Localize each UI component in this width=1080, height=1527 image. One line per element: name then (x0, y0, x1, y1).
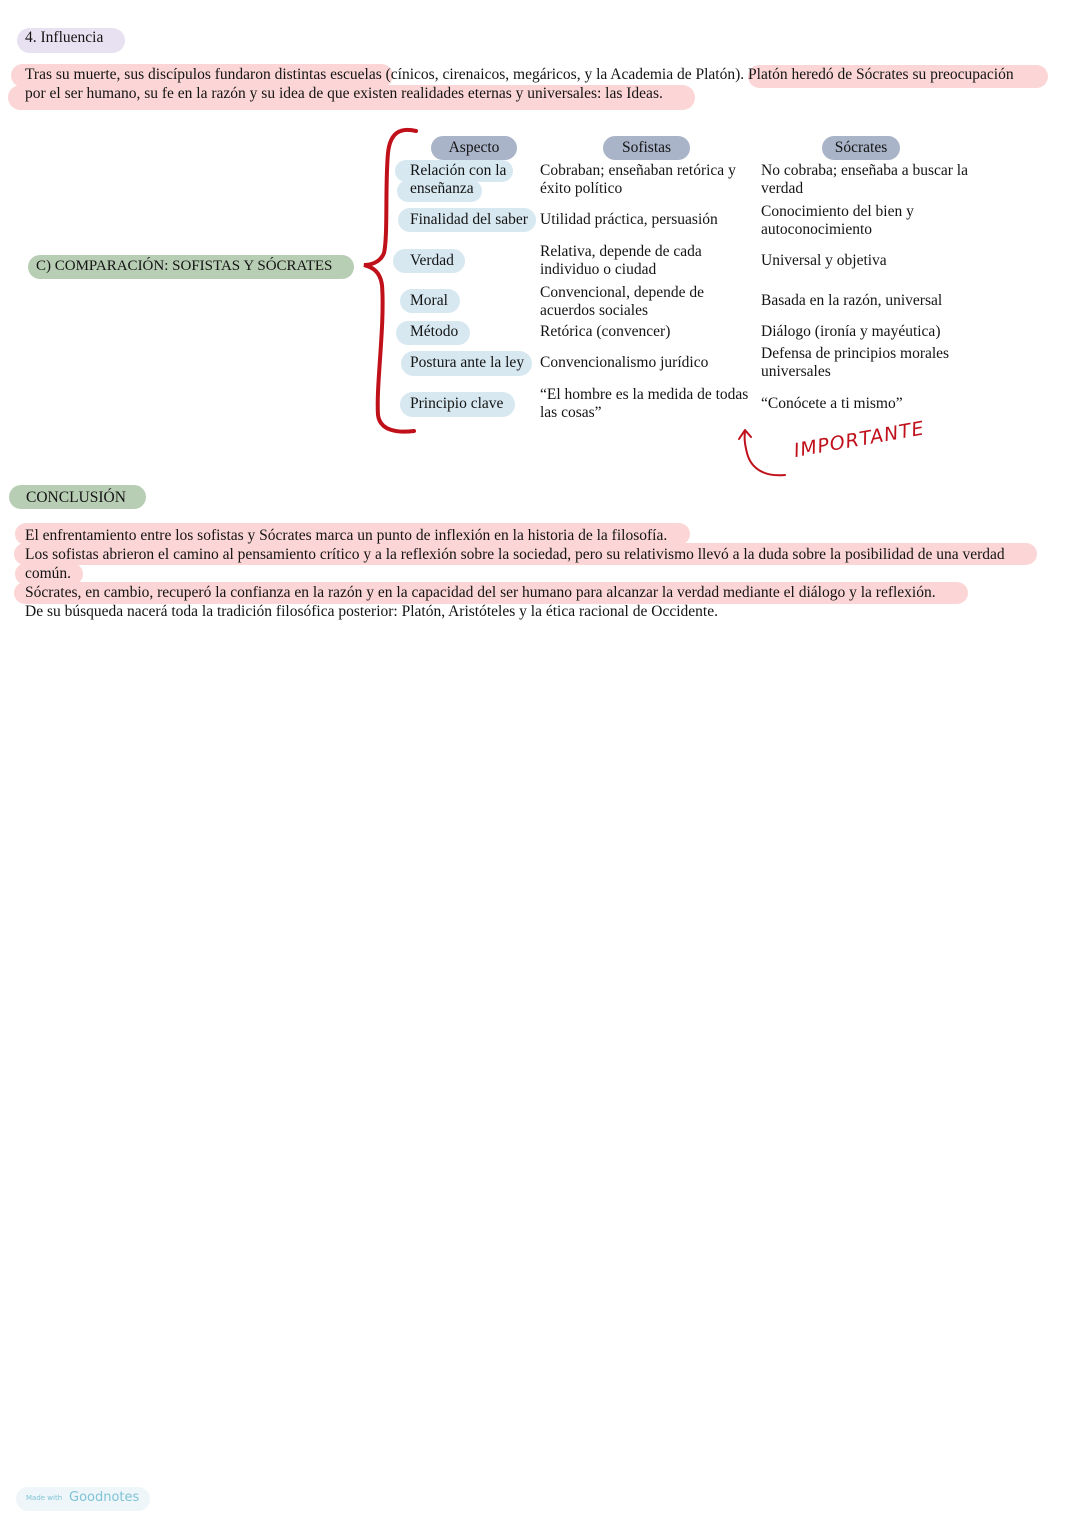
table-row-aspect: Principio clave (410, 395, 503, 413)
paragraph-line: Los sofistas abrieron el camino al pensa… (25, 545, 1005, 564)
table-row-sofistas: Convencional, depende de acuerdos social… (540, 284, 740, 320)
paragraph-line: El enfrentamiento entre los sofistas y S… (25, 526, 667, 545)
paragraph-line: De su búsqueda nacerá toda la tradición … (25, 602, 718, 621)
table-row-socrates: Diálogo (ironía y mayéutica) (761, 323, 976, 341)
header-sofistas: Sofistas (603, 138, 690, 158)
paragraph-line: por el ser humano, su fe en la razón y s… (25, 84, 663, 103)
goodnotes-badge: Made with Goodnotes (16, 1487, 150, 1511)
header-aspecto: Aspecto (431, 138, 517, 158)
table-row-aspect: Finalidad del saber (410, 211, 528, 229)
table-row-sofistas: Cobraban; enseñaban retórica y éxito pol… (540, 162, 755, 198)
table-row-aspect: Método (410, 323, 458, 341)
arrow-annotation-icon (735, 425, 795, 481)
table-row-sofistas: “El hombre es la medida de todas las cos… (540, 386, 760, 422)
paragraph-line: común. (25, 564, 71, 583)
table-row-aspect: Relación con la enseñanza (410, 162, 520, 198)
comparison-title: C) COMPARACIÓN: SOFISTAS Y SÓCRATES (36, 257, 332, 276)
table-row-socrates: Conocimiento del bien y autoconocimiento (761, 203, 951, 239)
table-row-socrates: Basada en la razón, universal (761, 292, 976, 310)
made-with-label: Made with (26, 1494, 62, 1502)
brand-label: Goodnotes (69, 1490, 139, 1505)
table-row-socrates: Universal y objetiva (761, 252, 976, 270)
header-socrates: Sócrates (822, 138, 900, 158)
table-row-sofistas: Utilidad práctica, persuasión (540, 211, 755, 229)
paragraph-line: Sócrates, en cambio, recuperó la confian… (25, 583, 936, 602)
table-row-sofistas: Convencionalismo jurídico (540, 354, 755, 372)
table-row-sofistas: Retórica (convencer) (540, 323, 755, 341)
table-row-aspect: Moral (410, 292, 448, 310)
table-row-sofistas: Relativa, depende de cada individuo o ci… (540, 243, 740, 279)
table-row-aspect: Postura ante la ley (410, 354, 524, 372)
table-row-socrates: “Conócete a ti mismo” (761, 395, 976, 413)
paragraph-line: Tras su muerte, sus discípulos fundaron … (25, 65, 1014, 84)
table-row-aspect: Verdad (410, 252, 454, 270)
table-row-socrates: No cobraba; enseñaba a buscar la verdad (761, 162, 976, 198)
conclusion-title: CONCLUSIÓN (26, 488, 126, 507)
table-row-socrates: Defensa de principios morales universale… (761, 345, 971, 381)
handwritten-note: IMPORTANTE (792, 417, 926, 462)
section-title: 4. Influencia (25, 28, 103, 47)
